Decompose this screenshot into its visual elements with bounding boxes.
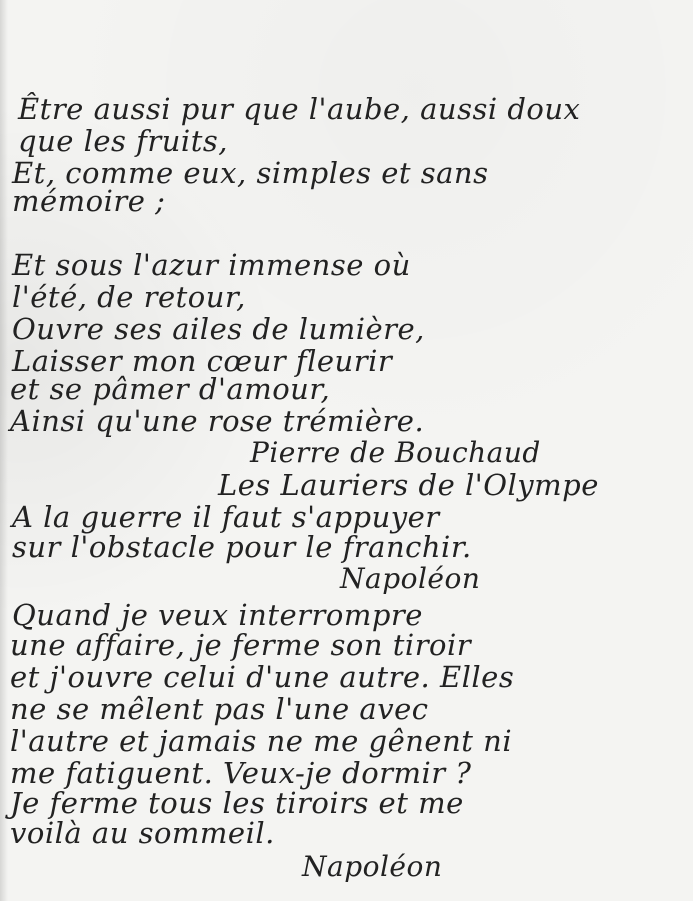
author-signature: Pierre de Bouchaud (250, 436, 541, 469)
text-line: ne se mêlent pas l'une avec (10, 692, 428, 726)
author-signature: Napoléon (302, 850, 442, 883)
text-line: et j'ouvre celui d'une autre. Elles (10, 660, 514, 694)
text-line: que les fruits, (18, 124, 228, 158)
text-line: voilà au sommeil. (10, 816, 275, 850)
text-line: Je ferme tous les tiroirs et me (10, 786, 464, 820)
text-line: sur l'obstacle pour le franchir. (12, 530, 472, 564)
text-line: Être aussi pur que l'aube, aussi doux (18, 92, 580, 126)
text-line: l'autre et jamais ne me gênent ni (10, 724, 512, 758)
author-signature: Napoléon (340, 562, 480, 595)
text-line: A la guerre il faut s'appuyer (12, 500, 440, 534)
manuscript-page: Être aussi pur que l'aube, aussi doux qu… (0, 0, 693, 901)
text-line: Ouvre ses ailes de lumière, (12, 312, 425, 346)
text-line: me fatiguent. Veux-je dormir ? (10, 756, 471, 790)
text-line: Et sous l'azur immense où (12, 248, 411, 282)
text-line: Quand je veux interrompre (12, 598, 423, 632)
text-line: mémoire ; (12, 184, 165, 218)
text-line: et se pâmer d'amour, (10, 372, 330, 406)
text-line: une affaire, je ferme son tiroir (10, 628, 471, 662)
text-line: Ainsi qu'une rose trémière. (10, 404, 424, 438)
source-title: Les Lauriers de l'Olympe (218, 468, 599, 502)
page-edge-shadow (0, 0, 8, 901)
text-line: l'été, de retour, (12, 280, 246, 314)
